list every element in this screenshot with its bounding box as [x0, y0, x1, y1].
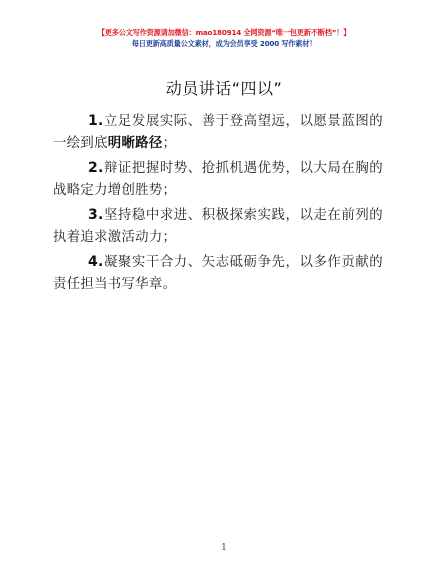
item-tail: ；	[163, 136, 177, 151]
item-number: 1.	[88, 113, 104, 129]
page-number: 1	[0, 543, 448, 553]
item-number: 2.	[88, 160, 104, 176]
promo-banner-line-2: 每日更新高质量公文素材，成为会员享受 2000 写作素材！	[0, 39, 448, 49]
list-item-4: 4.凝聚实干合力、矢志砥砺争先，以多作贡献的责任担当书写华章。	[53, 251, 383, 296]
item-emphasis: 明晰路径	[108, 136, 163, 151]
item-number: 4.	[88, 254, 104, 270]
document-body: 1.立足发展实际、善于登高望远，以愿景蓝图的一绘到底明晰路径； 2.辩证把握时势…	[53, 110, 383, 298]
document-title: 动员讲话“四以”	[0, 76, 448, 99]
list-item-3: 3.坚持稳中求进、积极探索实践，以走在前列的执着追求激活动力；	[53, 204, 383, 249]
list-item-2: 2.辩证把握时势、抢抓机遇优势，以大局在胸的战略定力增创胜势；	[53, 157, 383, 202]
list-item-1: 1.立足发展实际、善于登高望远，以愿景蓝图的一绘到底明晰路径；	[53, 110, 383, 155]
promo-banner-line-1: 【更多公文写作资源请加微信：mao180914 全网资源“唯一包更新不断档”！】	[0, 28, 448, 38]
document-page: 【更多公文写作资源请加微信：mao180914 全网资源“唯一包更新不断档”！】…	[0, 0, 448, 580]
item-number: 3.	[88, 207, 104, 223]
